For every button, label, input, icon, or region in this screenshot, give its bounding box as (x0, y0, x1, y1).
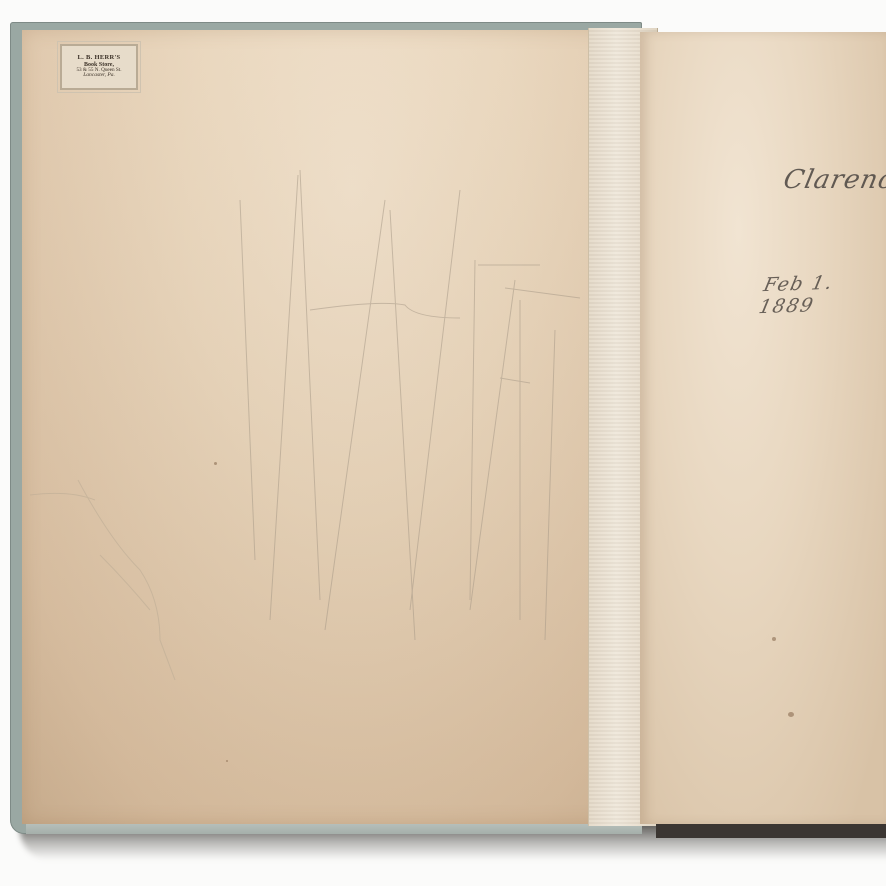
front-pastedown-page (22, 30, 622, 824)
page-block-shadow (656, 824, 886, 838)
foxing-spot (214, 462, 217, 465)
handwritten-name: Clarence (781, 165, 886, 195)
first-leaf-page (640, 32, 886, 824)
book-photo: L. B. HERR'S Book Store, 53 & 55 N. Quee… (0, 0, 886, 886)
foxing-spot (226, 760, 228, 762)
label-store-name: L. B. HERR'S (62, 55, 136, 62)
label-city: Lancaster, Pa. (62, 73, 136, 79)
bookseller-label: L. B. HERR'S Book Store, 53 & 55 N. Quee… (60, 44, 138, 90)
handwritten-date: Feb 1. 1889 (757, 270, 886, 318)
foxing-spot (772, 637, 776, 641)
foxing-spot (788, 712, 794, 717)
